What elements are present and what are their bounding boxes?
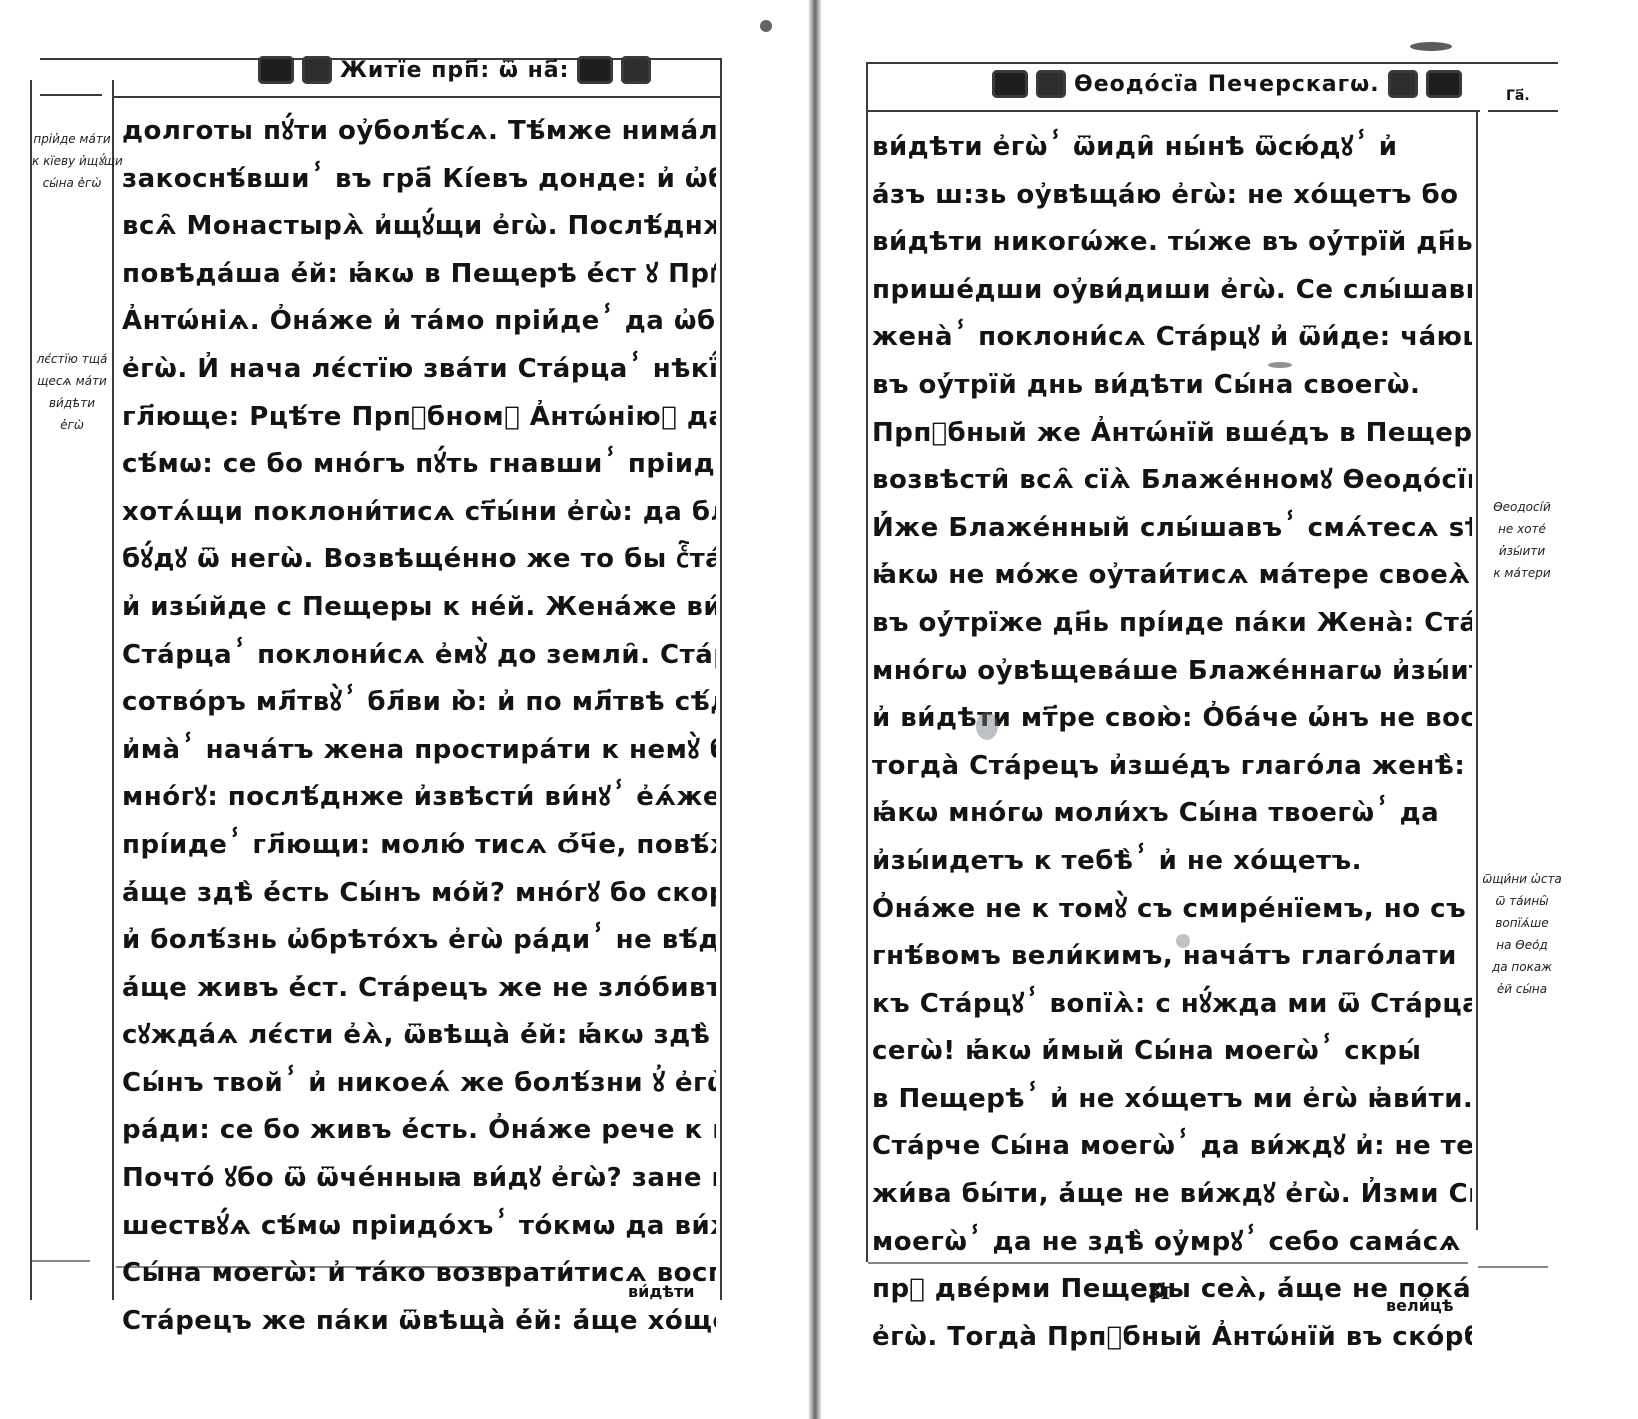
running-header: Житїе прп҃: ѿ на҃: [258, 56, 651, 84]
text-line: Почто́ ꙋбо ѿ ѿче́нныꙗ ви́дꙋ е҆гѡ̀? зане … [122, 1155, 716, 1203]
text-line: повѣда́ша е҆́й: ꙗ҆́кѡ в Пещерѣ е҆́ст ꙋ П… [122, 251, 716, 299]
margin-header-rule [1488, 110, 1558, 112]
margin-note: пріи҆де ма́ти к кїеву и҆щꙋ́щи сы́на е҆гѡ… [32, 128, 112, 194]
scan-smudge [1268, 362, 1292, 368]
text-line: сегѡ̀! ꙗ҆́кѡ и҆́мый Сы́на моегѡ̀ⸯ скры́ [872, 1028, 1472, 1076]
header-rule [868, 110, 1480, 112]
text-line: и҆ ви́дѣти мт҃ре свою̀: О҆ба́че ѡ҆́нъ не… [872, 695, 1472, 743]
outer-margin-line [30, 80, 32, 1300]
text-line: жи́ва бы́ти, а҆́ще не ви́ждꙋ е҆гѡ̀. И҆зм… [872, 1171, 1472, 1219]
top-rule [868, 62, 1558, 64]
text-line: тогда̀ Ста́рецъ и҆зше́дъ глаго́ла женѣ̀: [872, 743, 1472, 791]
text-line: Сы́на моегѡ̀: и҆ та́ко возврати́тисѧ вос… [122, 1250, 716, 1298]
ornament-icon [1426, 70, 1462, 98]
text-line: О҆на́же не к томꙋ̀ съ смире́нїемъ, но съ [872, 886, 1472, 934]
text-line: моегѡ̀ⸯ да не здѣ̀ оу҆мрꙋⸯ себо сама́сѧ … [872, 1219, 1472, 1267]
text-line: всѧ̑ Монастырѧ̀ и҆щꙋ́щи е҆гѡ̀. Послѣ́днж… [122, 203, 716, 251]
text-line: мно́гꙋ: послѣ́днже и҆звѣсти́ ви́нꙋⸯ е҆ѧ́… [122, 774, 716, 822]
inner-margin-line [1476, 110, 1478, 1230]
header-rule [112, 96, 722, 98]
ornament-icon [577, 56, 613, 84]
text-line: ꙗ҆́кѡ не мо́же оу҆таи́тисѧ ма́тере своеѧ… [872, 552, 1472, 600]
text-line: Ста́рче Сы́на моегѡ̀ⸯ да ви́ждꙋ и҆: не т… [872, 1123, 1472, 1171]
text-line: е҆гѡ̀. И҆ нача лє́стїю зва́ти Ста́рцаⸯ н… [122, 346, 716, 394]
ornament-icon [1388, 70, 1418, 98]
header-title: Ѳеодо́сїа Печерскагѡ. [1074, 72, 1380, 97]
margin-header-rule [40, 94, 102, 96]
text-line: е҆гѡ̀. Тогда̀ Прпⷣбный А҆нтѡ́нїй въ ско́… [872, 1314, 1472, 1362]
text-line: жена̀ⸯ поклони́сѧ Ста́рцꙋ и҆ ѿи́де: ча́ю… [872, 314, 1472, 362]
text-line: ви́дѣти никогѡ́же. ты́же въ оу҆́трїй дн҃… [872, 219, 1472, 267]
text-line: Ста́рцаⸯ поклони́сѧ е҆мꙋ̀ до земли̑. Ста… [122, 632, 716, 680]
bottom-margin-rule [30, 1260, 90, 1262]
quire-signature: Га҃. [1506, 88, 1530, 104]
text-line: сꙋжда́ѧ лє́сти е҆ѧ̀, ѿвѣща̀ е҆́й: ꙗ҆́кѡ … [122, 1012, 716, 1060]
margin-note: ѿщи́ни ѡ҆ста ѿ та́ины̑ вопїѧ́ше на Ѳео́д… [1480, 868, 1564, 1000]
text-line: мно́гѡ оу҆вѣщева́ше Блаже́ннагѡ и҆зы́ити… [872, 648, 1472, 696]
inner-margin-line [112, 80, 114, 1300]
header-title: Житїе прп҃: ѿ на҃: [340, 58, 569, 83]
text-line: в Пещерѣⸯ и҆ не хо́щетъ ми е҆гѡ̀ ꙗ҆ви́ти… [872, 1076, 1472, 1124]
text-line: сѣ́мѡ: се бо мно́гъ пꙋ́ть гнавшиⸯ пріидо… [122, 441, 716, 489]
text-line: прі́идеⸯ гл҃ющи: молю́ тисѧ ѻ҆́ч҃е, повѣ… [122, 822, 716, 870]
text-line: сотво́ръ мл҃твꙋ̀ⸯ бл҃ви ю҆̀: и҆ по мл҃тв… [122, 679, 716, 727]
text-line: долготы пꙋ́ти оу҆болѣ́сѧ. Тѣ́мже нима́лѡ [122, 108, 716, 156]
text-line: Прпⷣбный же А҆нтѡ́нїй вше́дъ в Пещерꙋ, [872, 410, 1472, 458]
ornament-icon [621, 56, 651, 84]
text-line: ра́ди: се бо живъ е҆́сть. О҆на́же рече к… [122, 1107, 716, 1155]
left-frame-line [866, 62, 868, 1262]
margin-note: лє́стїю тща́ щесѧ ма́ти ви́дѣти е҆гѡ̀ [32, 348, 112, 436]
ink-blot [1410, 42, 1452, 51]
ornament-icon [1036, 70, 1066, 98]
text-line: а҆́зъ ш:зь оу҆вѣща́ю е҆гѡ̀: не хо́щетъ б… [872, 172, 1472, 220]
text-line: къ Ста́рцꙋⸯ вопїѧ̀: с нꙋ́жда ми ѿ Ста́рц… [872, 981, 1472, 1029]
text-line: ꙗ҆́кѡ мно́гѡ моли́хъ Сы́на твоегѡ̀ⸯ да [872, 790, 1472, 838]
text-line: прише́дши оу҆ви́диши е҆гѡ̀. Се слы́шавши [872, 267, 1472, 315]
text-line: ви́дѣти е҆гѡ̀ⸯ ѿиди̑ ны́нѣ ѿсю́дꙋⸯ и҆ [872, 124, 1472, 172]
text-line: и҆ изы́йде с Пещеры к не́й. Жена́же ви́д… [122, 584, 716, 632]
catchword: ви́дѣти [628, 1282, 695, 1301]
text-line: возвѣсти̑ всѧ̑ сїѧ̀ Блаже́нномꙋ Ѳеодо́сї… [872, 457, 1472, 505]
ink-blot [760, 20, 772, 32]
catchword: вели́цѣ [1386, 1296, 1454, 1315]
text-line: Сы́нъ твойⸯ и҆ никоеѧ́ же болѣ́зни ꙋ҆ е҆… [122, 1060, 716, 1108]
margin-note: Ѳеодосі́й не хоте́ и҆зы́ити к ма́тери [1480, 496, 1564, 584]
bottom-margin-rule [1478, 1266, 1548, 1268]
ornament-icon [302, 56, 332, 84]
text-line: а҆́ще здѣ̀ е҆́сть Сы́нъ мо́й? мно́гꙋ бо … [122, 870, 716, 918]
right-page-body: ви́дѣти е҆гѡ̀ⸯ ѿиди̑ ны́нѣ ѿсю́дꙋⸯ и҆ а҆… [872, 124, 1472, 1361]
text-line: въ оу҆́трїй днь ви́дѣти Сы́на своегѡ̀. [872, 362, 1472, 410]
left-page-body: долготы пꙋ́ти оу҆болѣ́сѧ. Тѣ́мже нима́лѡ… [122, 108, 716, 1345]
text-line: и҆ма̀ⸯ нача́тъ жена простира́ти к немꙋ̀ … [122, 727, 716, 775]
text-line: гл҃юще: Рцѣ́те Прпⷣбномꙋ А҆нтѡ́ніюⸯ да и… [122, 394, 716, 442]
right-frame-line [720, 60, 722, 1300]
scan-smudge [976, 712, 998, 740]
folio-number: З҃г [1148, 1276, 1175, 1306]
text-line: А҆нтѡ́ніѧ. О҆на́же и҆ та́мо пріи҆́деⸯ да… [122, 298, 716, 346]
ornament-icon [992, 70, 1028, 98]
text-line: шествꙋ́ѧ сѣ́мѡ пріидо́хъⸯ то́кмѡ да ви́ж… [122, 1203, 716, 1251]
text-line: въ оу҆́трїже дн҃ь прі́иде па́ки Жена̀: С… [872, 600, 1472, 648]
text-line: а҆́ще живъ е҆́ст. Ста́рецъ же не зло́бив… [122, 965, 716, 1013]
text-line: хотѧ́щи поклони́тисѧ ст҃ы́ни е҆гѡ̀: да б… [122, 489, 716, 537]
text-line: Ста́рецъ же па́ки ѿвѣща̀ е҆́й: а҆́ще хо́… [122, 1298, 716, 1346]
text-line: закоснѣ́вшиⸯ въ гра҃ Кі́евъ донде: и҆ ѡ҆… [122, 156, 716, 204]
running-header: Ѳеодо́сїа Печерскагѡ. [992, 70, 1462, 98]
text-line: и҆ болѣ́знь ѡ҆брѣто́хъ е҆гѡ̀ ра́диⸯ не в… [122, 917, 716, 965]
ornament-icon [258, 56, 294, 84]
book-gutter [808, 0, 822, 1419]
scan-smudge [1176, 934, 1190, 948]
text-line: и҆зы́идетъ к тебѣ̀ⸯ и҆ не хо́щетъ. [872, 838, 1472, 886]
manuscript-spread: Житїе прп҃: ѿ на҃: пріи҆де ма́ти к кїеву… [0, 0, 1638, 1419]
text-line: бꙋ́дꙋ ѿ негѡ̀. Возвѣще́нно же то бы сⷭ҇т… [122, 536, 716, 584]
text-line: гнѣ́вомъ вели́кимъ, нача́тъ глаго́лати [872, 933, 1472, 981]
text-line: И҆́же Блаже́нный слы́шавъⸯ смѧ́тесѧ ѕѣлѡ… [872, 505, 1472, 553]
